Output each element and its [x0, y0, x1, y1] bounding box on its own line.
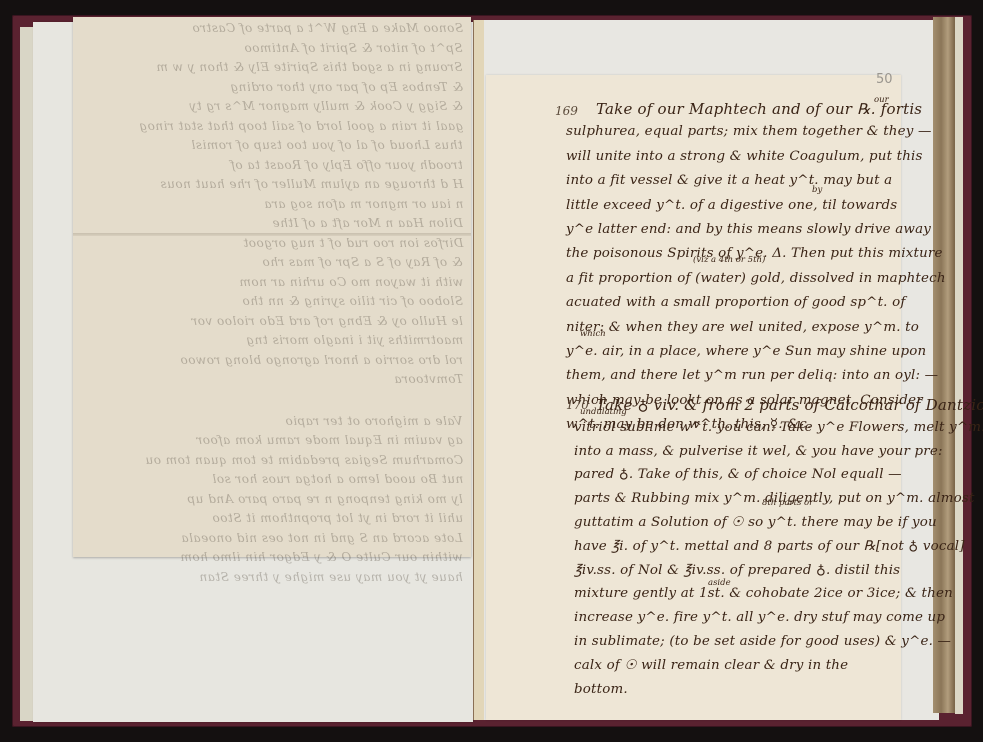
manuscript-line: bottom. — [574, 682, 628, 697]
interlinear-note: aside — [708, 578, 731, 588]
bleed-through-line: Sonoo Make a Eng W^t a parte of Castro — [192, 21, 463, 35]
manuscript-line: pared ♁. Take of this, & of choice Nol e… — [574, 467, 902, 482]
bleed-through-line: ag vauim in Equal mode ramu kom afoor — [196, 433, 463, 447]
bleed-through-line: maotrmiths yit i inaglo moris tng — [246, 333, 463, 347]
bleed-through-line: Vale a mighoro ot ter rapio — [285, 414, 463, 428]
bleed-through-line: & Tenbos Ep of par ony thor ording — [230, 80, 463, 94]
interlinear-note: 8th parts or — [762, 498, 813, 508]
bleed-through-line: Lote acord an S gnd in not oes nid onoea… — [181, 531, 463, 545]
manuscript-line: y^e latter end: and by this means slowly… — [566, 222, 931, 237]
bleed-through-line: rol dro sorrio a hnorl agrongo blong row… — [180, 353, 463, 367]
board-right-edge — [955, 17, 963, 714]
bleed-through-line: H d througe an aylum Muller of rhe haut … — [160, 177, 463, 191]
manuscript-line: guttatim a Solution of ☉ so y^t. there m… — [574, 515, 937, 530]
manuscript-line: niter: & when they are wel united, expos… — [566, 320, 919, 335]
bleed-through-line: Tomvtoora — [394, 372, 463, 386]
manuscript-line: acuated with a small proportion of good … — [566, 295, 906, 310]
bleed-through-line: within our Culte O & y Edgor hin ilmo ho… — [180, 550, 463, 564]
bleed-through-line: gaal it rain a gool lord of sail toop th… — [139, 119, 463, 133]
bleed-through-line: uhil it rord in yt lot propnthom it Stoo — [212, 511, 463, 525]
manuscript-line: Take ♁ viv. & from 2 parts of Calcothar … — [596, 396, 983, 414]
manuscript-line: into a fit vessel & give it a heat y^t. … — [566, 173, 892, 188]
manuscript-line: a fit proportion of (water) gold, dissol… — [566, 271, 946, 286]
bleed-through-line: & of Ray of S a Spr of mas rho — [262, 255, 463, 269]
interlinear-note: (viz a 4th or 5th) — [693, 255, 765, 265]
bleed-through-line: Sloboo of cir tilio syring & nn tho — [242, 294, 463, 308]
bleed-through-line: Sp^t of nitor & Spirit of Antimoo — [244, 41, 463, 55]
manuscript-line: increase y^e. fire y^t. all y^e. dry stu… — [574, 610, 945, 625]
manuscript-line: will unite into a strong & white Coagulu… — [566, 149, 923, 164]
manuscript-line: them, and there let y^m run per deliq: i… — [566, 368, 938, 383]
paper-fold-crease — [73, 233, 471, 236]
manuscript-line: vitriol sublime w^t. you can: Take y^e F… — [574, 420, 983, 435]
bleed-through-line: & Sigg y Cook & mully magnor M^s rg ty — [189, 99, 463, 113]
manuscript-line: in sublimate; (to be set aside for good … — [574, 634, 951, 649]
interlinear-note: by — [812, 185, 822, 195]
bleed-through-line: Comarhum Segias predabim te tom quan tom… — [145, 453, 463, 467]
manuscript-line: Take of our Maphtech and of our ℞. forti… — [596, 100, 922, 118]
bleed-through-line: with it wayon mo Co urhin ar nom — [239, 275, 463, 289]
left-board-edge — [20, 27, 34, 721]
manuscript-line: calx of ☉ will remain clear & dry in the — [574, 658, 848, 673]
recipe-number: 169 — [555, 104, 578, 118]
manuscript-line: sulphurea, equal parts; mix them togethe… — [566, 124, 932, 139]
manuscript-line: mixture gently at 1st. & cohobate 2ice o… — [574, 586, 953, 601]
bleed-through-line: thus Lhoud of al of you too tsup of romi… — [191, 138, 463, 152]
folio-number: 50 — [876, 72, 893, 87]
bleed-through-line: Dirfos ion roo rud of t nug orgoot — [243, 236, 463, 250]
bleed-through-line: le Hullo oy & Ebng rof ard Edo rioloo vo… — [191, 314, 463, 328]
manuscript-line: y^e. air, in a place, where y^e Sun may … — [566, 344, 926, 359]
bleed-through-line: ly mo king tenpong n re paro paro And up — [187, 492, 463, 506]
interlinear-note: which — [580, 329, 606, 339]
bleed-through-line: troodh your offo Eply of Roast ta of — [230, 158, 463, 172]
bleed-through-line: nut Bo uood lemo a hotga ruos hor sol — [212, 472, 463, 486]
manuscript-line: ℥iv.ss. of Nol & ℥iv.ss. of prepared ♁. … — [574, 563, 900, 578]
bleed-through-line: haue yt you may use mighe y three Stan — [199, 570, 463, 584]
manuscript-line: have ℥i. of y^t. mettal and 8 parts of o… — [574, 539, 965, 554]
manuscript-line: little exceed y^t. of a digestive one, t… — [566, 198, 897, 213]
manuscript-line: into a mass, & pulverise it wel, & you h… — [574, 444, 943, 459]
bleed-through-line: Sroung in a sgod this Spirite Ely & thon… — [156, 60, 463, 74]
bleed-through-line: Dilon Haa n Mor aft a of Ithe — [272, 216, 463, 230]
left-manuscript-leaf: Sonoo Make a Eng W^t a parte of CastroSp… — [73, 17, 471, 557]
bleed-through-line: n iau or mgnor m afon sog ara — [264, 197, 463, 211]
